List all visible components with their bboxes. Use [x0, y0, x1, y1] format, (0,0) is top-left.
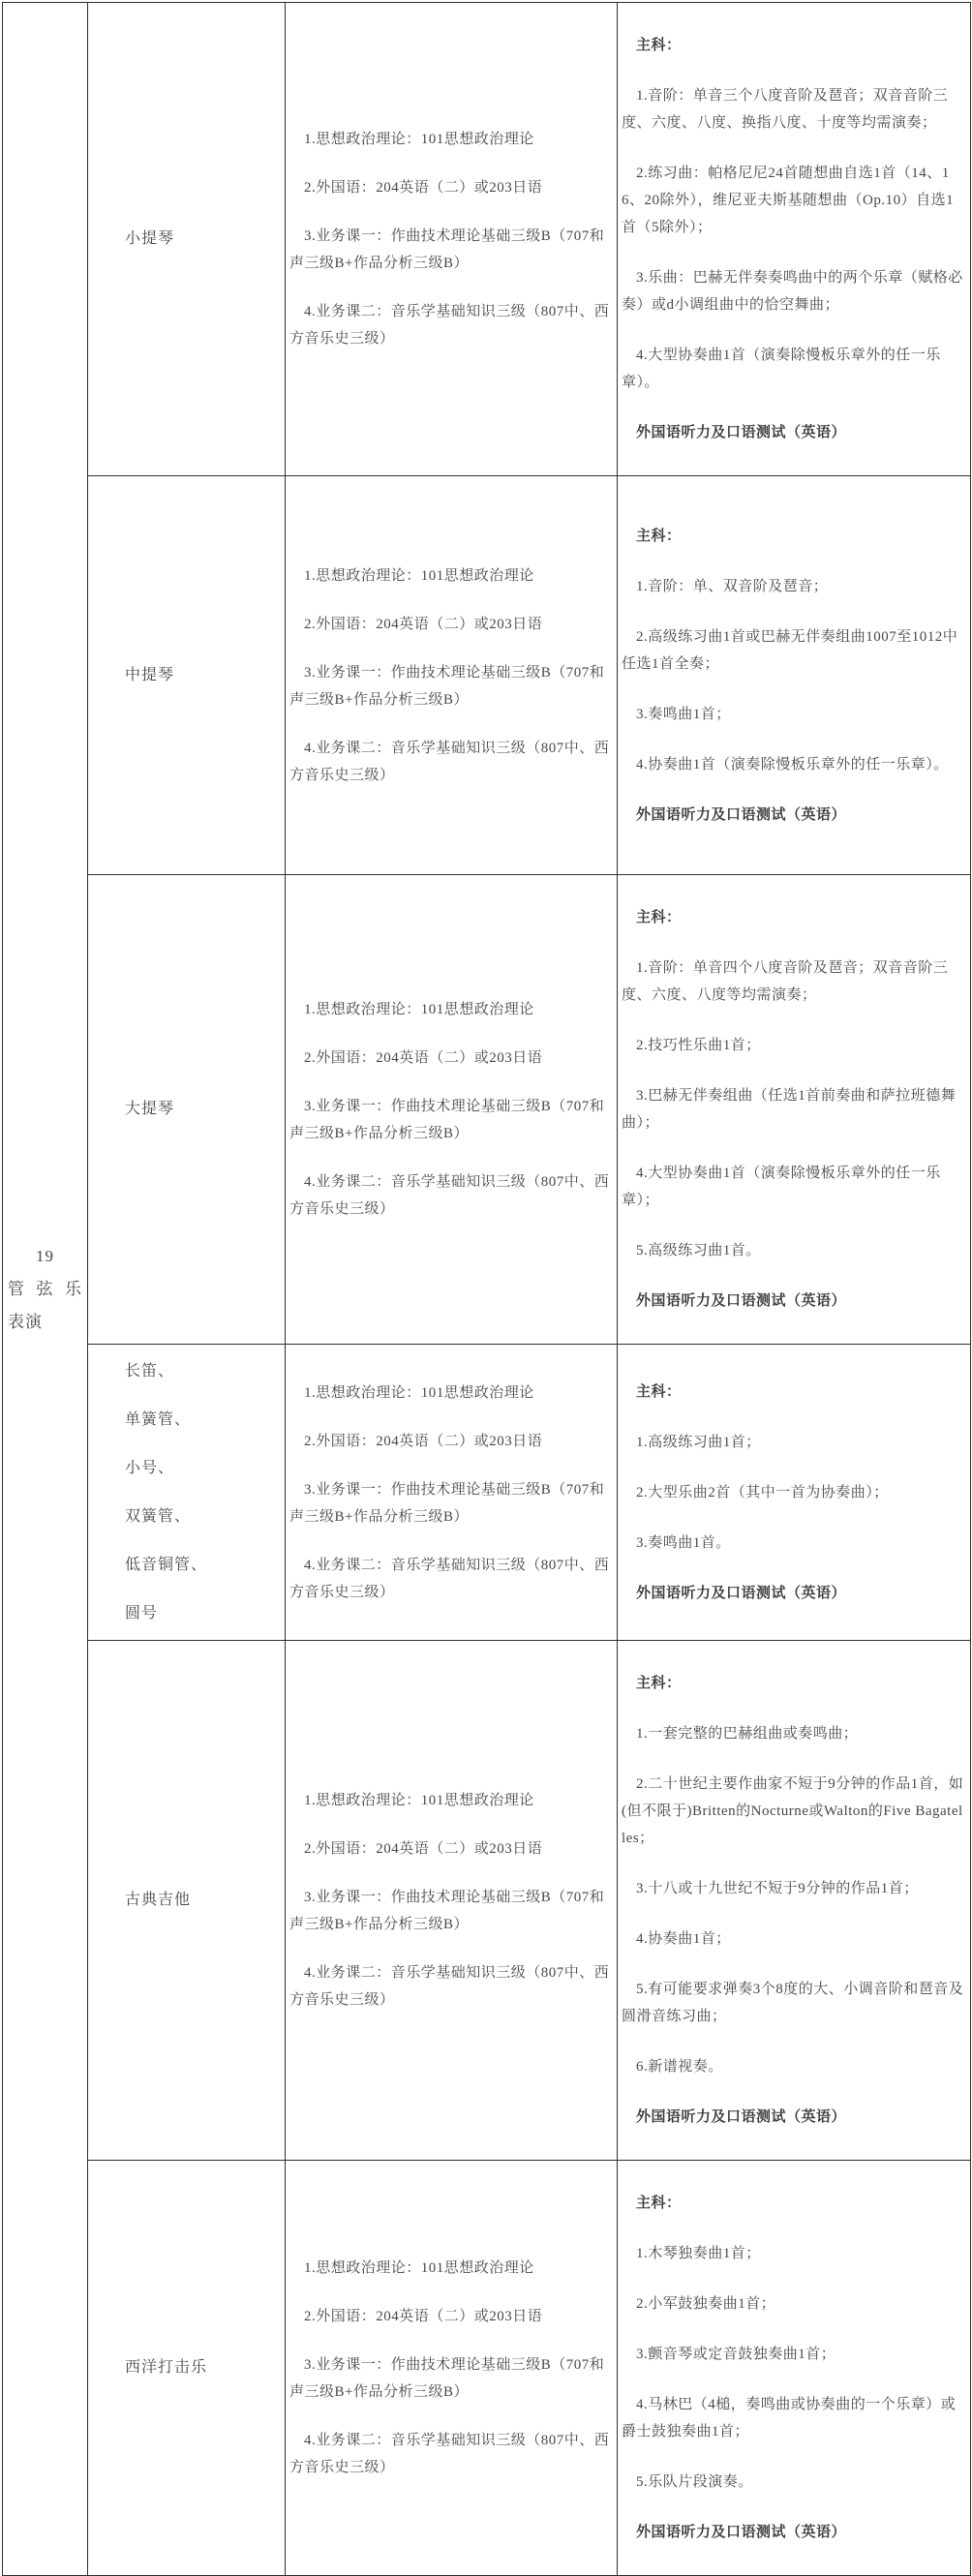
exam-subject-item: 4.业务课二：音乐学基础知识三级（807中、西方音乐史三级） — [289, 735, 613, 789]
exam-subject-item: 2.外国语：204英语（二）或203日语 — [289, 1835, 613, 1863]
requirements-list: 1.一套完整的巴赫组曲或奏鸣曲；2.二十世纪主要作曲家不短于9分钟的作品1首，如… — [622, 1720, 966, 2080]
requirement-item: 1.高级练习曲1首； — [622, 1429, 966, 1456]
exam-subject-item: 2.外国语：204英语（二）或203日语 — [289, 611, 613, 638]
exam-subject-item: 1.思想政治理论：101思想政治理论 — [289, 126, 613, 153]
requirement-item: 1.音阶：单音三个八度音阶及琶音；双音音阶三度、六度、八度、换指八度、十度等均需… — [622, 82, 966, 136]
instrument-cell: 长笛、单簧管、小号、双簧管、低音铜管、圆号 — [88, 1345, 286, 1641]
exam-subject-item: 4.业务课二：音乐学基础知识三级（807中、西方音乐史三级） — [289, 1959, 613, 2014]
requirements-cell: 主科： 1.木琴独奏曲1首；2.小军鼓独奏曲1首；3.颤音琴或定音鼓独奏曲1首；… — [618, 2161, 971, 2576]
table-row: 19 管弦乐 表演 小提琴 1.思想政治理论：101思想政治理论2.外国语：20… — [3, 3, 971, 476]
requirements-list: 1.音阶：单音三个八度音阶及琶音；双音音阶三度、六度、八度、换指八度、十度等均需… — [622, 82, 966, 396]
requirements-title: 主科： — [622, 32, 966, 59]
requirement-item: 3.奏鸣曲1首； — [622, 701, 966, 728]
language-test-note: 外国语听力及口语测试（英语） — [622, 2519, 966, 2546]
requirement-item: 4.协奏曲1首（演奏除慢板乐章外的任一乐章）。 — [622, 751, 966, 778]
requirement-item: 1.木琴独奏曲1首； — [622, 2240, 966, 2267]
requirement-item: 3.巴赫无伴奏组曲（任选1首前奏曲和萨拉班德舞曲）； — [622, 1082, 966, 1136]
requirement-item: 3.十八或十九世纪不短于9分钟的作品1首； — [622, 1875, 966, 1902]
instrument-label: 双簧管、 — [125, 1493, 284, 1541]
exam-subject-item: 3.业务课一：作曲技术理论基础三级B（707和声三级B+作品分析三级B） — [289, 2351, 613, 2406]
instrument-cell: 西洋打击乐 — [88, 2161, 286, 2576]
exam-subject-item: 3.业务课一：作曲技术理论基础三级B（707和声三级B+作品分析三级B） — [289, 1884, 613, 1938]
requirements-cell: 主科： 1.一套完整的巴赫组曲或奏鸣曲；2.二十世纪主要作曲家不短于9分钟的作品… — [618, 1641, 971, 2161]
exam-subject-item: 3.业务课一：作曲技术理论基础三级B（707和声三级B+作品分析三级B） — [289, 659, 613, 713]
exam-subjects-cell: 1.思想政治理论：101思想政治理论2.外国语：204英语（二）或203日语3.… — [286, 476, 618, 875]
language-test-note: 外国语听力及口语测试（英语） — [622, 1288, 966, 1315]
instrument-label: 低音铜管、 — [125, 1541, 284, 1590]
requirement-item: 4.大型协奏曲1首（演奏除慢板乐章外的任一乐章）； — [622, 1160, 966, 1214]
requirements-cell: 主科： 1.高级练习曲1首；2.大型乐曲2首（其中一首为协奏曲）；3.奏鸣曲1首… — [618, 1345, 971, 1641]
exam-subject-item: 1.思想政治理论：101思想政治理论 — [289, 1379, 613, 1407]
exam-subject-item: 1.思想政治理论：101思想政治理论 — [289, 996, 613, 1023]
requirement-item: 4.大型协奏曲1首（演奏除慢板乐章外的任一乐章）。 — [622, 342, 966, 396]
instrument-label: 小号、 — [125, 1444, 284, 1493]
table-row: 中提琴 1.思想政治理论：101思想政治理论2.外国语：204英语（二）或203… — [3, 476, 971, 875]
requirement-item: 5.乐队片段演奏。 — [622, 2469, 966, 2496]
requirement-item: 5.高级练习曲1首。 — [622, 1237, 966, 1264]
requirements-list: 1.木琴独奏曲1首；2.小军鼓独奏曲1首；3.颤音琴或定音鼓独奏曲1首；4.马林… — [622, 2240, 966, 2496]
requirement-item: 2.二十世纪主要作曲家不短于9分钟的作品1首，如(但不限于)Britten的No… — [622, 1771, 966, 1852]
exam-subject-item: 4.业务课二：音乐学基础知识三级（807中、西方音乐史三级） — [289, 1168, 613, 1223]
group-name-line-1: 管弦乐 — [8, 1273, 82, 1306]
table-row: 古典吉他 1.思想政治理论：101思想政治理论2.外国语：204英语（二）或20… — [3, 1641, 971, 2161]
table-row: 西洋打击乐 1.思想政治理论：101思想政治理论2.外国语：204英语（二）或2… — [3, 2161, 971, 2576]
requirements-title: 主科： — [622, 1379, 966, 1406]
instrument-label: 古典吉他 — [125, 1876, 284, 1924]
exam-subject-item: 4.业务课二：音乐学基础知识三级（807中、西方音乐史三级） — [289, 298, 613, 352]
requirements-cell: 主科： 1.音阶：单音四个八度音阶及琶音；双音音阶三度、六度、八度等均需演奏；2… — [618, 875, 971, 1345]
requirement-item: 1.音阶：单音四个八度音阶及琶音；双音音阶三度、六度、八度等均需演奏； — [622, 955, 966, 1009]
requirement-item: 3.乐曲：巴赫无伴奏奏鸣曲中的两个乐章（赋格必奏）或d小调组曲中的恰空舞曲； — [622, 264, 966, 318]
table-row: 大提琴 1.思想政治理论：101思想政治理论2.外国语：204英语（二）或203… — [3, 875, 971, 1345]
requirements-title: 主科： — [622, 523, 966, 550]
instrument-label: 小提琴 — [125, 215, 284, 263]
exam-subjects-cell: 1.思想政治理论：101思想政治理论2.外国语：204英语（二）或203日语3.… — [286, 875, 618, 1345]
instrument-cell: 古典吉他 — [88, 1641, 286, 2161]
requirement-item: 4.协奏曲1首； — [622, 1925, 966, 1953]
group-label-cell: 19 管弦乐 表演 — [3, 3, 88, 2576]
exam-subject-item: 1.思想政治理论：101思想政治理论 — [289, 2255, 613, 2282]
exam-subject-item: 2.外国语：204英语（二）或203日语 — [289, 1045, 613, 1072]
requirement-item: 2.大型乐曲2首（其中一首为协奏曲）； — [622, 1479, 966, 1506]
requirement-item: 6.新谱视奏。 — [622, 2053, 966, 2080]
exam-subject-item: 3.业务课一：作曲技术理论基础三级B（707和声三级B+作品分析三级B） — [289, 1093, 613, 1147]
requirements-list: 1.高级练习曲1首；2.大型乐曲2首（其中一首为协奏曲）；3.奏鸣曲1首。 — [622, 1429, 966, 1557]
requirement-item: 2.练习曲：帕格尼尼24首随想曲自选1首（14、16、20除外），维尼亚夫斯基随… — [622, 160, 966, 241]
language-test-note: 外国语听力及口语测试（英语） — [622, 802, 966, 829]
table-row: 长笛、单簧管、小号、双簧管、低音铜管、圆号 1.思想政治理论：101思想政治理论… — [3, 1345, 971, 1641]
exam-subject-item: 4.业务课二：音乐学基础知识三级（807中、西方音乐史三级） — [289, 1552, 613, 1606]
language-test-note: 外国语听力及口语测试（英语） — [622, 419, 966, 446]
exam-subject-item: 1.思想政治理论：101思想政治理论 — [289, 562, 613, 590]
language-test-note: 外国语听力及口语测试（英语） — [622, 2104, 966, 2131]
page: { "colors": { "background": "#ffffff", "… — [0, 2, 972, 2450]
requirements-cell: 主科： 1.音阶：单音三个八度音阶及琶音；双音音阶三度、六度、八度、换指八度、十… — [618, 3, 971, 476]
exam-subject-item: 2.外国语：204英语（二）或203日语 — [289, 1428, 613, 1455]
exam-subjects-cell: 1.思想政治理论：101思想政治理论2.外国语：204英语（二）或203日语3.… — [286, 1345, 618, 1641]
exam-subject-item: 3.业务课一：作曲技术理论基础三级B（707和声三级B+作品分析三级B） — [289, 1476, 613, 1530]
language-test-note: 外国语听力及口语测试（英语） — [622, 1580, 966, 1607]
exam-subjects-cell: 1.思想政治理论：101思想政治理论2.外国语：204英语（二）或203日语3.… — [286, 2161, 618, 2576]
group-number: 19 — [8, 1240, 82, 1273]
instrument-label: 西洋打击乐 — [125, 2344, 284, 2392]
requirements-list: 1.音阶：单音四个八度音阶及琶音；双音音阶三度、六度、八度等均需演奏；2.技巧性… — [622, 955, 966, 1264]
instrument-cell: 大提琴 — [88, 875, 286, 1345]
exam-subjects-cell: 1.思想政治理论：101思想政治理论2.外国语：204英语（二）或203日语3.… — [286, 1641, 618, 2161]
requirement-item: 3.颤音琴或定音鼓独奏曲1首； — [622, 2341, 966, 2368]
instrument-label: 单簧管、 — [125, 1396, 284, 1444]
requirements-cell: 主科： 1.音阶：单、双音阶及琶音；2.高级练习曲1首或巴赫无伴奏组曲1007至… — [618, 476, 971, 875]
requirement-item: 5.有可能要求弹奏3个8度的大、小调音阶和琶音及圆滑音练习曲； — [622, 1976, 966, 2030]
requirement-item: 3.奏鸣曲1首。 — [622, 1530, 966, 1557]
requirements-list: 1.音阶：单、双音阶及琶音；2.高级练习曲1首或巴赫无伴奏组曲1007至1012… — [622, 573, 966, 778]
requirement-item: 2.技巧性乐曲1首； — [622, 1032, 966, 1059]
exam-subject-item: 3.业务课一：作曲技术理论基础三级B（707和声三级B+作品分析三级B） — [289, 223, 613, 277]
exam-subjects-cell: 1.思想政治理论：101思想政治理论2.外国语：204英语（二）或203日语3.… — [286, 3, 618, 476]
orchestral-performance-table: 19 管弦乐 表演 小提琴 1.思想政治理论：101思想政治理论2.外国语：20… — [2, 2, 971, 2576]
exam-subject-item: 2.外国语：204英语（二）或203日语 — [289, 2303, 613, 2330]
exam-subject-item: 1.思想政治理论：101思想政治理论 — [289, 1787, 613, 1814]
group-name-line-2: 表演 — [8, 1306, 82, 1339]
requirement-item: 2.小军鼓独奏曲1首； — [622, 2290, 966, 2318]
instrument-label: 中提琴 — [125, 652, 284, 700]
requirements-title: 主科： — [622, 1670, 966, 1697]
requirement-item: 4.马林巴（4槌，奏鸣曲或协奏曲的一个乐章）或爵士鼓独奏曲1首； — [622, 2391, 966, 2445]
instrument-label: 圆号 — [125, 1590, 284, 1638]
requirements-title: 主科： — [622, 2190, 966, 2217]
requirement-item: 2.高级练习曲1首或巴赫无伴奏组曲1007至1012中任选1首全奏； — [622, 623, 966, 678]
requirements-title: 主科： — [622, 904, 966, 931]
instrument-cell: 中提琴 — [88, 476, 286, 875]
instrument-label: 大提琴 — [125, 1085, 284, 1134]
exam-subject-item: 2.外国语：204英语（二）或203日语 — [289, 174, 613, 201]
exam-subject-item: 4.业务课二：音乐学基础知识三级（807中、西方音乐史三级） — [289, 2427, 613, 2481]
requirement-item: 1.一套完整的巴赫组曲或奏鸣曲； — [622, 1720, 966, 1747]
instrument-cell: 小提琴 — [88, 3, 286, 476]
instrument-label: 长笛、 — [125, 1348, 284, 1396]
requirement-item: 1.音阶：单、双音阶及琶音； — [622, 573, 966, 600]
